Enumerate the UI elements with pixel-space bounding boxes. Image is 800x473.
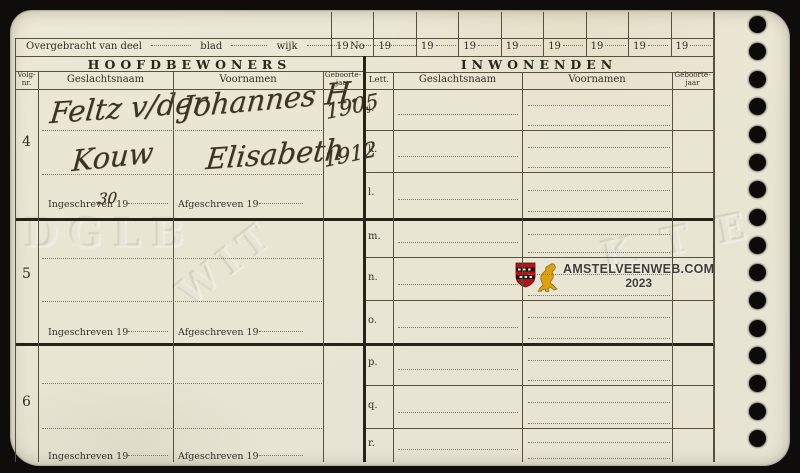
volgnr-6: 6: [15, 394, 38, 410]
binder-hole: [749, 264, 766, 281]
grid-line-vertical: [628, 12, 629, 56]
dotted-writing-line: [398, 199, 518, 200]
afgeschreven-row-6: Afgeschreven 19: [178, 451, 303, 462]
binder-hole: [749, 181, 766, 198]
binder-hole: [749, 292, 766, 309]
letter-label: r.: [368, 438, 386, 449]
grid-line-vertical: [522, 72, 523, 462]
binder-hole: [749, 126, 766, 143]
dotted-writing-line: [398, 449, 518, 450]
dotted-blank: [436, 45, 456, 46]
year-prefix: 19: [463, 41, 476, 52]
dotted-writing-line: [528, 458, 670, 459]
dotted-blank: [259, 455, 303, 456]
year-cell: 19: [633, 41, 668, 52]
ingeschreven-row-6: Ingeschreven 19: [48, 451, 168, 462]
binder-hole: [749, 237, 766, 254]
dotted-writing-line: [528, 442, 670, 443]
letter-label: o.: [368, 315, 386, 326]
year-cell: 19: [463, 41, 498, 52]
dotted-blank: [128, 331, 168, 332]
watermark-year: 2023: [563, 276, 714, 290]
binder-hole: [749, 98, 766, 115]
year-prefix: 19: [506, 41, 519, 52]
dotted-blank: [351, 45, 371, 46]
grid-line-horizontal: [365, 72, 713, 73]
letter-label: j.: [368, 103, 386, 114]
dotted-writing-line: [528, 380, 670, 381]
binder-hole: [749, 320, 766, 337]
grid-line-vertical: [416, 12, 417, 56]
grid-line-vertical: [713, 12, 715, 462]
population-register-card: Overgebracht van deel blad wijk No HOOFD…: [10, 10, 790, 466]
grid-line-vertical: [38, 71, 39, 462]
grid-line-horizontal: [15, 38, 713, 39]
handwritten-ingeschreven-year: 30: [97, 189, 117, 208]
gold-lion-icon: [537, 262, 559, 292]
dotted-writing-line: [528, 423, 670, 424]
dotted-writing-line: [398, 369, 518, 370]
afgeschreven-label: Afgeschreven 19: [178, 451, 259, 462]
binder-hole: [749, 403, 766, 420]
grid-line-horizontal: [365, 385, 713, 386]
letter-label: q.: [368, 400, 386, 411]
grid-line-horizontal: [365, 130, 713, 131]
year-cell: 19: [548, 41, 583, 52]
col-volgnr: Volg- nr.: [15, 71, 38, 87]
dotted-blank: [128, 455, 168, 456]
year-prefix: 19: [676, 41, 689, 52]
binder-hole: [749, 430, 766, 447]
binder-hole: [749, 154, 766, 171]
letter-label: p.: [368, 357, 386, 368]
dotted-writing-line: [398, 156, 518, 157]
dotted-writing-line: [42, 428, 322, 429]
grid-line-vertical: [458, 12, 459, 56]
year-cell: 19: [506, 41, 541, 52]
volgnr-5: 5: [15, 266, 38, 282]
afgeschreven-label: Afgeschreven 19: [178, 199, 259, 210]
dotted-writing-line: [42, 383, 322, 384]
col-voornamen-right: Voornamen: [522, 74, 672, 85]
binder-hole: [749, 209, 766, 226]
binder-hole: [749, 43, 766, 60]
transfer-label-deel: Overgebracht van deel: [26, 41, 142, 52]
afgeschreven-row-4: Afgeschreven 19: [178, 199, 303, 210]
dotted-writing-line: [528, 252, 670, 253]
grid-line-horizontal: [365, 428, 713, 429]
dotted-writing-line: [398, 242, 518, 243]
dotted-writing-line: [398, 114, 518, 115]
col-geboortejaar-right: Geboorte- jaar: [672, 71, 713, 87]
dotted-blank: [259, 203, 303, 204]
grid-line-vertical: [373, 12, 374, 56]
dotted-writing-line: [528, 402, 670, 403]
dotted-writing-line: [42, 258, 322, 259]
dotted-blank: [648, 45, 668, 46]
dotted-writing-line: [528, 317, 670, 318]
dotted-writing-line: [42, 174, 322, 175]
dotted-blank: [520, 45, 540, 46]
hoofdbewoners-title: HOOFDBEWONERS: [15, 57, 364, 72]
afgeschreven-row-5: Afgeschreven 19: [178, 327, 303, 338]
grid-line-horizontal: [15, 71, 364, 72]
grid-line-vertical: [323, 71, 324, 462]
dotted-blank: [690, 45, 710, 46]
dotted-blank: [605, 45, 625, 46]
dotted-blank-blad: [231, 45, 267, 46]
volgnr-4: 4: [15, 134, 38, 150]
dotted-blank: [259, 331, 303, 332]
dotted-writing-line: [528, 105, 670, 106]
grid-line-vertical: [15, 38, 16, 462]
grid-line-vertical: [671, 12, 672, 56]
year-prefix: 19: [591, 41, 604, 52]
ingeschreven-label: Ingeschreven 19: [48, 451, 128, 462]
year-prefix: 19: [548, 41, 561, 52]
year-cell: 19: [676, 41, 711, 52]
dotted-blank-deel: [151, 45, 191, 46]
dotted-blank: [478, 45, 498, 46]
col-geslachtsnaam-right: Geslachtsnaam: [393, 74, 522, 85]
letter-label: m.: [368, 231, 386, 242]
grid-line-horizontal: [365, 300, 713, 301]
ingeschreven-label: Ingeschreven 19: [48, 327, 128, 338]
dotted-writing-line: [398, 284, 518, 285]
ingeschreven-row-5: Ingeschreven 19: [48, 327, 168, 338]
year-prefix: 19: [633, 41, 646, 52]
inwonenden-title: INWONENDEN: [365, 57, 713, 72]
binder-hole: [749, 347, 766, 364]
grid-line-vertical: [672, 72, 673, 462]
watermark-text: AMSTELVEENWEB.COM 2023: [563, 262, 714, 290]
grid-line-vertical: [586, 12, 587, 56]
grid-line-horizontal: [365, 257, 713, 258]
grid-line-vertical: [363, 56, 366, 462]
year-cell: 19: [378, 41, 413, 52]
col-geboortejaar-right-line2: jaar: [685, 78, 699, 87]
grid-line-vertical: [393, 72, 394, 462]
year-prefix: 19: [336, 41, 349, 52]
year-prefix: 19: [421, 41, 434, 52]
watermark: AMSTELVEENWEB.COM 2023: [515, 262, 714, 292]
dotted-writing-line: [528, 234, 670, 235]
letter-label: k.: [368, 144, 386, 155]
col-volgnr-line2: nr.: [22, 78, 32, 87]
dotted-writing-line: [398, 327, 518, 328]
dotted-writing-line: [528, 125, 670, 126]
binder-hole: [749, 71, 766, 88]
dotted-writing-line: [42, 301, 322, 302]
dotted-writing-line: [528, 295, 670, 296]
dotted-blank: [128, 203, 168, 204]
dotted-writing-line: [42, 130, 322, 131]
transfer-label-blad: blad: [200, 41, 222, 52]
binder-hole: [749, 375, 766, 392]
col-lett: Lett.: [365, 75, 393, 85]
col-geslachtsnaam-left: Geslachtsnaam: [38, 74, 173, 85]
transfer-label-wijk: wijk: [277, 41, 298, 52]
year-cell: 19: [591, 41, 626, 52]
dotted-blank: [563, 45, 583, 46]
dotted-writing-line: [528, 190, 670, 191]
handwritten-surname-2: Kouw: [71, 135, 155, 178]
dotted-writing-line: [528, 338, 670, 339]
binder-hole: [749, 16, 766, 33]
grid-line-horizontal: [365, 172, 713, 173]
afgeschreven-label: Afgeschreven 19: [178, 327, 259, 338]
dotted-writing-line: [398, 412, 518, 413]
year-cell: 19: [421, 41, 456, 52]
dotted-writing-line: [528, 360, 670, 361]
dotted-blank: [393, 45, 413, 46]
grid-line-vertical: [501, 12, 502, 56]
dotted-writing-line: [528, 167, 670, 168]
dotted-writing-line: [528, 147, 670, 148]
grid-line-vertical: [331, 12, 332, 56]
register-card-scan: Overgebracht van deel blad wijk No HOOFD…: [0, 0, 800, 473]
grid-line-vertical: [543, 12, 544, 56]
year-prefix: 19: [378, 41, 391, 52]
letter-label: n.: [368, 272, 386, 283]
year-cell: 19: [336, 41, 371, 52]
dotted-writing-line: [528, 211, 670, 212]
dotted-writing-line: [528, 274, 670, 275]
letter-label: l.: [368, 187, 386, 198]
